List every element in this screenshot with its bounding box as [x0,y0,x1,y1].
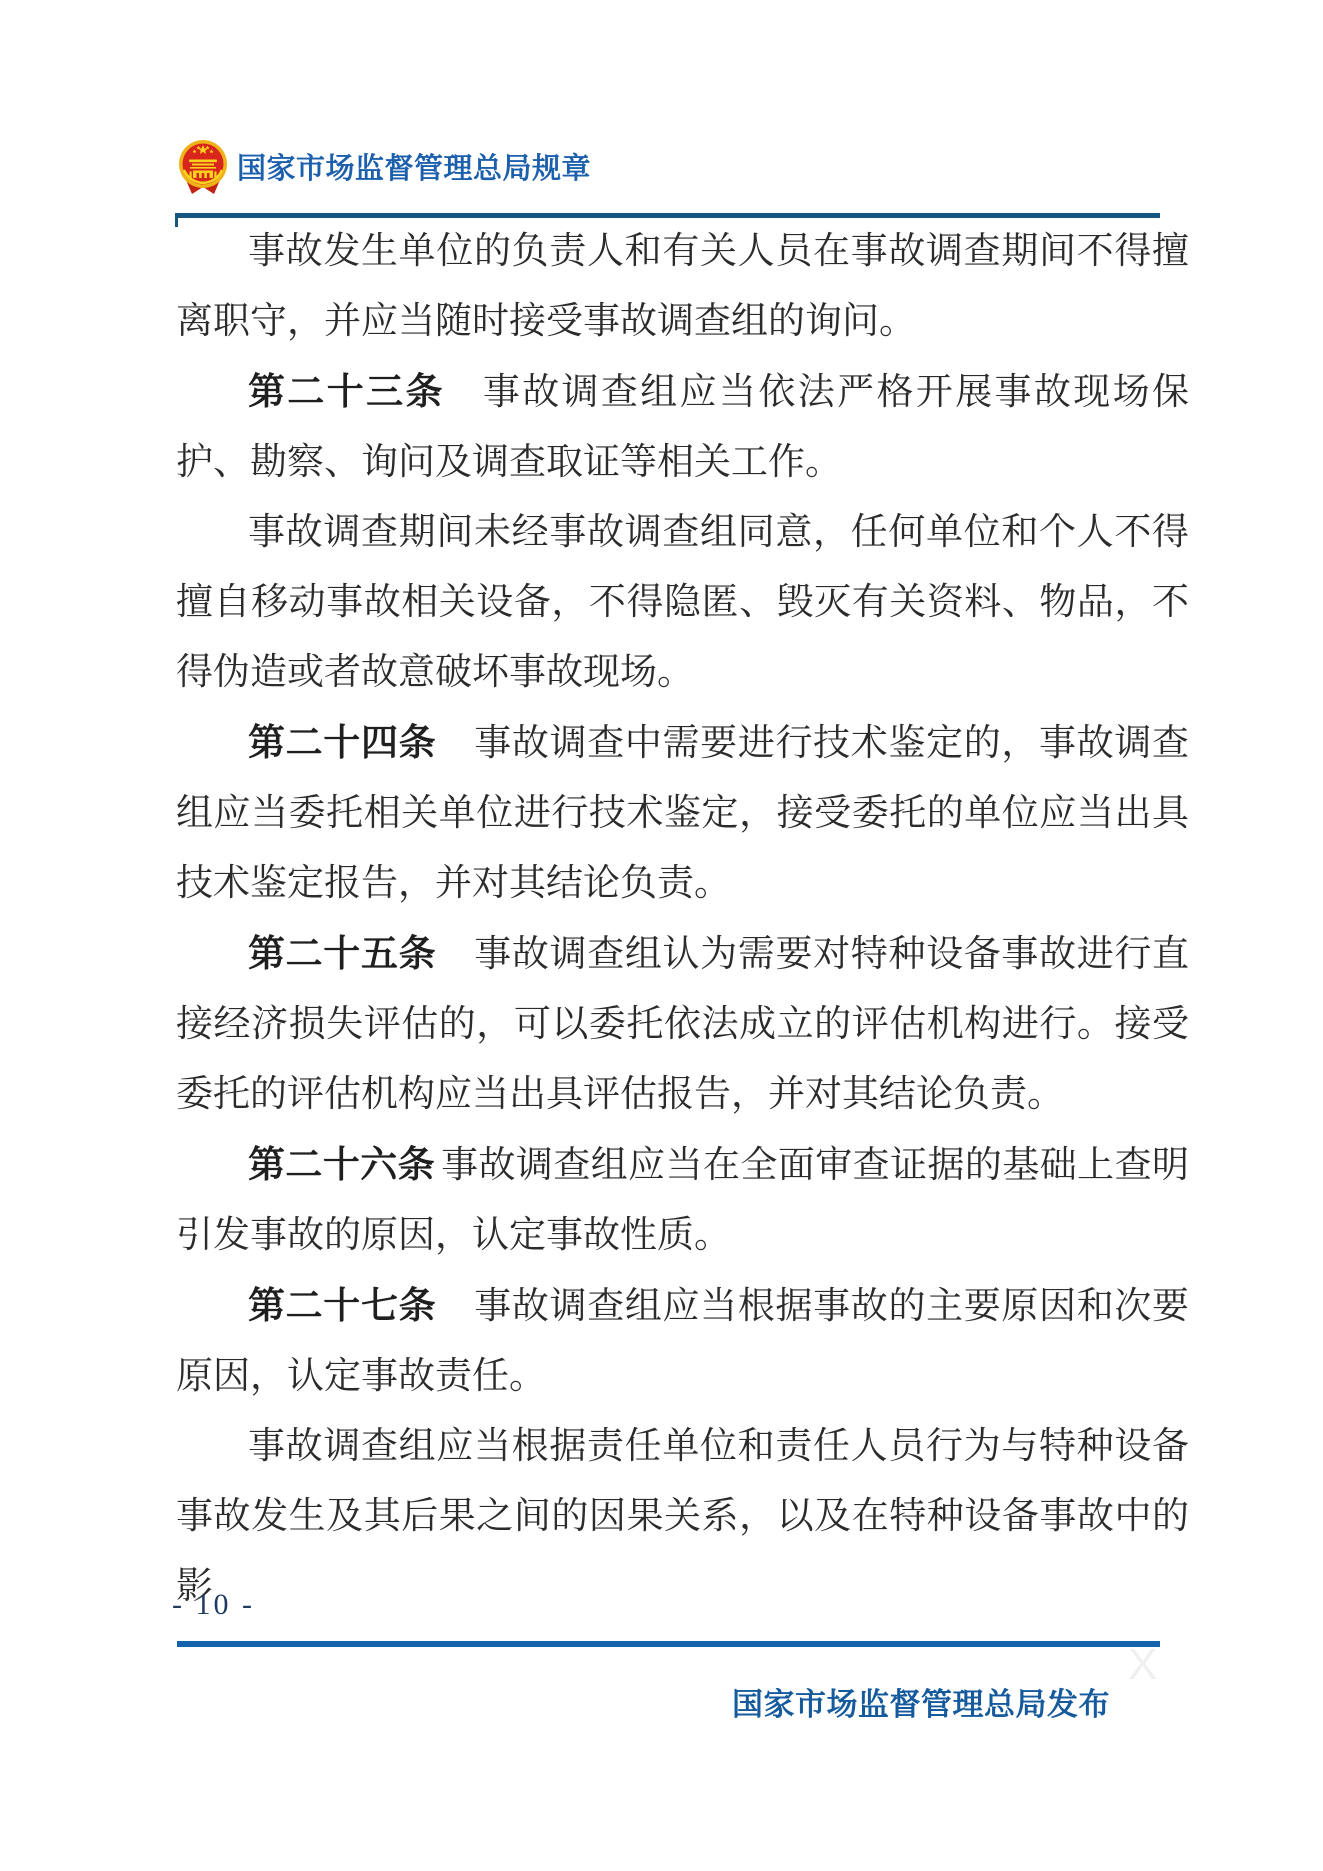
paragraph: 事故调查期间未经事故调查组同意，任何单位和个人不得擅自移动事故相关设备，不得隐匿… [176,498,1189,708]
article-number: 第二十五条 [248,933,436,974]
national-emblem-icon [178,138,228,195]
paragraph: 第二十六条事故调查组应当在全面审查证据的基础上查明引发事故的原因，认定事故性质。 [176,1130,1189,1271]
document-page: 国家市场监督管理总局规章 事故发生单位的负责人和有关人员在事故调查期间不得擅离职… [0,0,1323,1871]
article-number: 第二十七条 [248,1285,436,1326]
watermark-x: X [1128,1640,1157,1690]
article-number: 第二十三条 [248,371,445,412]
page-number: - 10 - [172,1588,255,1622]
paragraph-text: 事故调查组应当根据责任单位和责任人员行为与特种设备事故发生及其后果之间的因果关系… [176,1426,1189,1607]
paragraph: 事故发生单位的负责人和有关人员在事故调查期间不得擅离职守，并应当随时接受事故调查… [176,217,1189,357]
paragraph: 第二十七条事故调查组应当根据事故的主要原因和次要原因，认定事故责任。 [176,1271,1189,1412]
paragraph: 第二十三条事故调查组应当依法严格开展事故现场保护、勘察、询问及调查取证等相关工作… [176,357,1189,498]
paragraph: 第二十五条事故调查组认为需要对特种设备事故进行直接经济损失评估的，可以委托依法成… [176,919,1189,1130]
document-body: 事故发生单位的负责人和有关人员在事故调查期间不得擅离职守，并应当随时接受事故调查… [176,217,1189,1622]
footer-divider [177,1641,1160,1647]
document-header-title: 国家市场监督管理总局规章 [237,146,591,187]
publisher-label: 国家市场监督管理总局发布 [732,1679,1110,1724]
paragraph-text: 事故调查期间未经事故调查组同意，任何单位和个人不得擅自移动事故相关设备，不得隐匿… [176,512,1189,693]
document-header: 国家市场监督管理总局规章 [178,138,591,195]
paragraph: 第二十四条事故调查中需要进行技术鉴定的，事故调查组应当委托相关单位进行技术鉴定，… [176,708,1189,919]
article-number: 第二十四条 [248,722,436,763]
article-number: 第二十六条 [248,1144,435,1185]
paragraph: 事故调查组应当根据责任单位和责任人员行为与特种设备事故发生及其后果之间的因果关系… [176,1412,1189,1622]
paragraph-text: 事故发生单位的负责人和有关人员在事故调查期间不得擅离职守，并应当随时接受事故调查… [176,231,1189,342]
